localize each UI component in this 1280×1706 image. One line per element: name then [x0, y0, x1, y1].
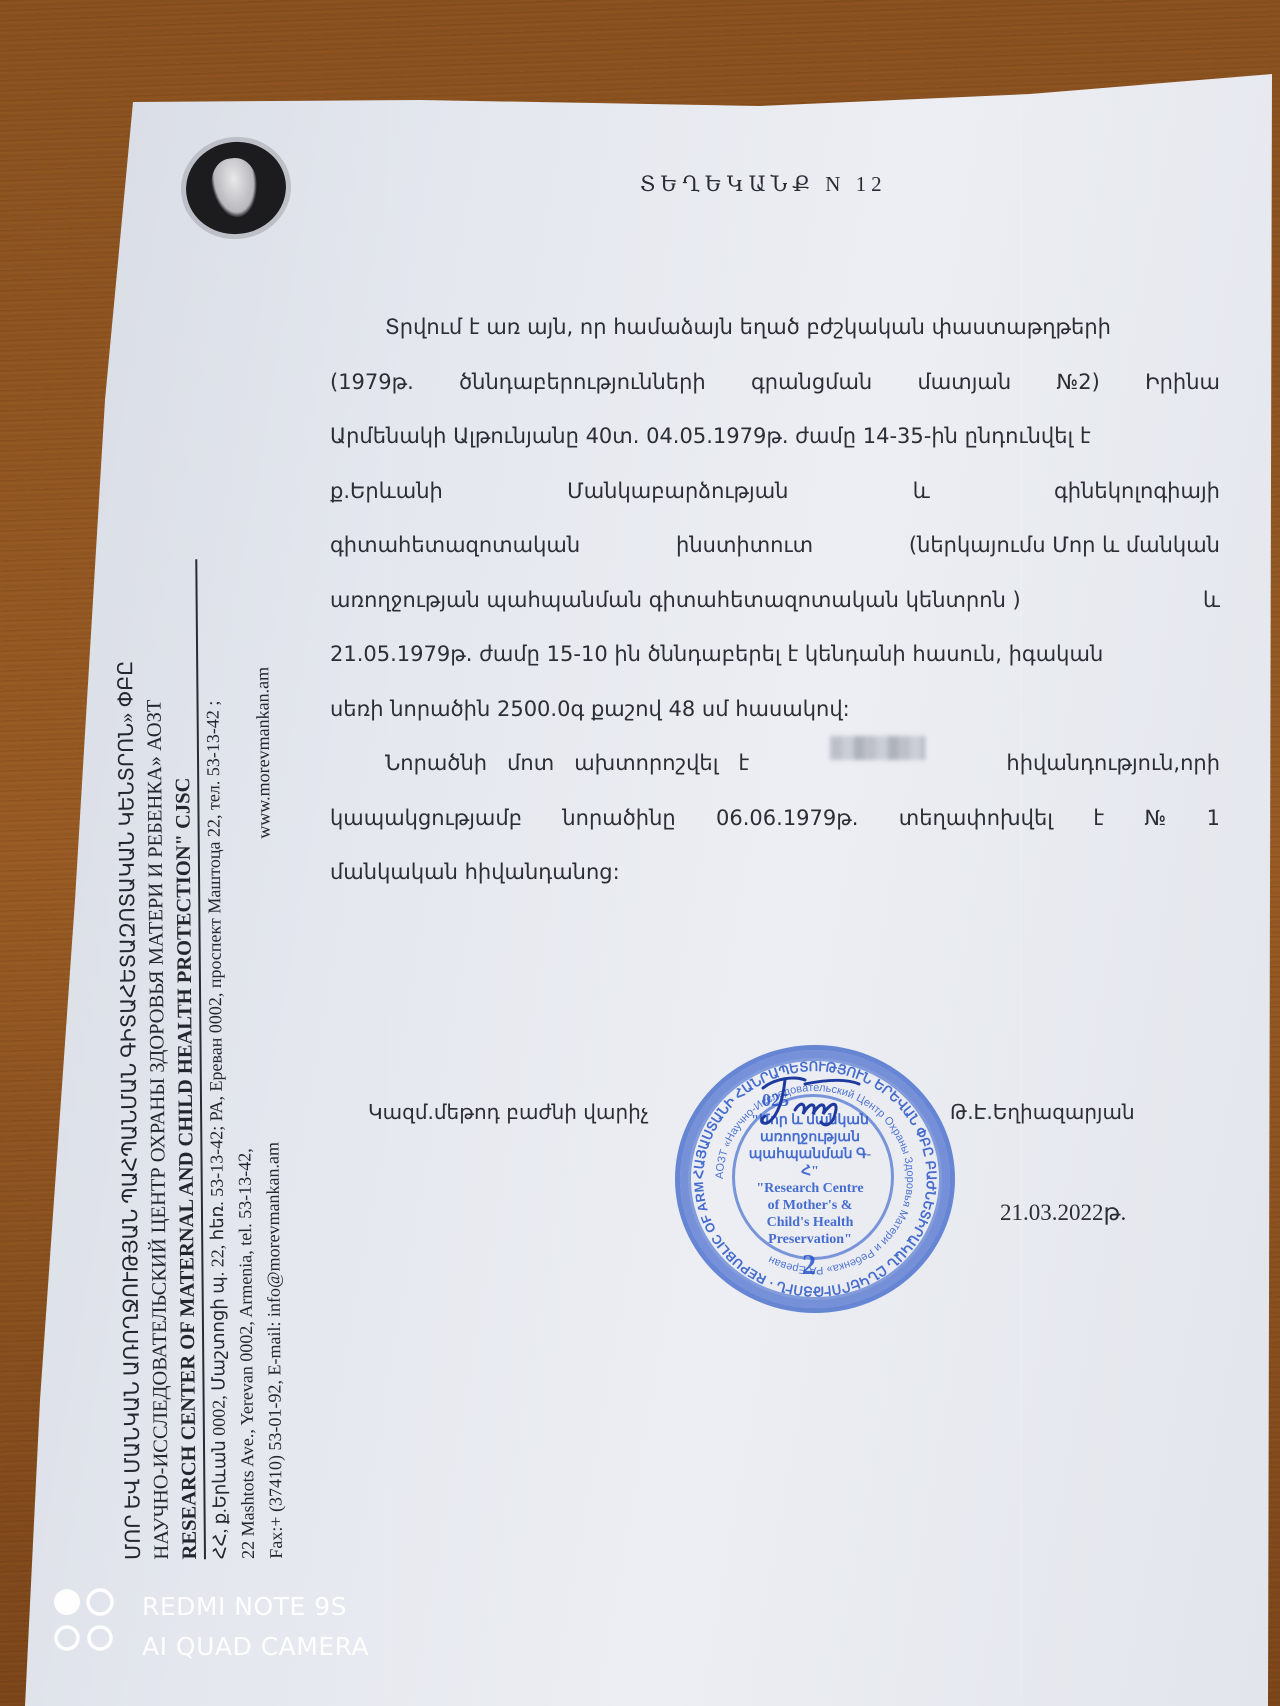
body-word: մանկական հիվանդանոց:	[330, 845, 620, 900]
body-word: կապակցությամբ	[330, 791, 522, 846]
stamp-number: 2	[802, 1250, 816, 1282]
quad-camera-icon	[52, 1585, 122, 1655]
body-word: է	[1093, 791, 1104, 846]
body-word: Իրինա	[1145, 355, 1220, 410]
stamp-center-line: of Mother's &	[740, 1197, 880, 1214]
body-line: Արմենակի Ալթունյանը 40տ. 04.05.1979թ. ժա…	[330, 409, 1220, 464]
body-word: տեղափոխվել	[899, 791, 1053, 846]
document-date: 21.03.2022թ.	[1000, 1200, 1126, 1226]
watermark-text: REDMI NOTE 9S AI QUAD CAMERA	[142, 1587, 369, 1667]
watermark-model: REDMI NOTE 9S	[142, 1587, 369, 1627]
vertical-letterhead: ՄՈՐ ԵՎ ՄԱՆԿԱՆ ԱՌՈՂՋՈՒԹՅԱՆ ՊԱՀՊԱՆՄԱՆ ԳԻՏԱ…	[111, 558, 320, 1560]
document-body: Տրվում է առ այն, որ համաձայն եղած բժշկակ…	[330, 300, 1220, 900]
body-word: №	[1144, 791, 1166, 846]
body-line-diagnosis: Նորածնի մոտ ախտորոշվել է հիվանդություն,ո…	[330, 736, 1220, 791]
body-word: և	[913, 464, 930, 519]
body-word: 21.05.1979թ. ժամը 15-10 ին ծննդաբերել է …	[330, 627, 1103, 682]
stamp-center-line: Preservation"	[740, 1231, 880, 1248]
body-word: նորածինը	[562, 791, 675, 846]
signatory-name: Թ.Է.Եղիազարյան	[950, 1100, 1135, 1124]
body-line: Տրվում է առ այն, որ համաձայն եղած բժշկակ…	[330, 300, 1220, 355]
watermark-camera: AI QUAD CAMERA	[142, 1627, 369, 1667]
body-word: ծննդաբերությունների	[459, 355, 706, 410]
stamp-center-line: առողջության	[740, 1129, 880, 1146]
body-line: ք.ԵրևանիՄանկաբարձությանևգինեկոլոգիայի	[330, 464, 1220, 519]
body-word: Մանկաբարձության	[567, 464, 788, 519]
body-word: 1	[1207, 791, 1220, 846]
body-line: 21.05.1979թ. ժամը 15-10 ին ծննդաբերել է …	[330, 627, 1220, 682]
stamp-center-text: "Մոր և մանկանառողջությանպահպանման Գ-Հ""R…	[740, 1112, 880, 1248]
redacted-diagnosis	[830, 736, 925, 760]
body-word: առողջության պահպանման գիտահետազոտական կե…	[330, 573, 1021, 628]
body-word: մատյան	[917, 355, 1011, 410]
body-word: սեռի նորածին 2500.0գ քաշով 48 սմ հասակով…	[330, 682, 850, 737]
body-word: գինեկոլոգիայի	[1054, 464, 1220, 519]
diagnosis-prefix: Նորածնի մոտ ախտորոշվել է	[385, 736, 749, 791]
body-word: ինստիտուտ	[676, 518, 813, 573]
body-line: կապակցությամբնորածինը06.06.1979թ.տեղափոխ…	[330, 791, 1220, 846]
body-word: 06.06.1979թ.	[716, 791, 858, 846]
body-line: գիտահետազոտականինստիտուտ(ներկայումս Մոր …	[330, 518, 1220, 573]
body-line: մանկական հիվանդանոց:	[330, 845, 1220, 900]
body-word: (1979թ.	[330, 355, 414, 410]
body-line: առողջության պահպանման գիտահետազոտական կե…	[330, 573, 1220, 628]
letterhead-website: www.morevmankan.am	[252, 667, 274, 839]
stamp-center-line: Child's Health	[740, 1214, 880, 1231]
body-line: սեռի նորածին 2500.0գ քաշով 48 սմ հասակով…	[330, 682, 1220, 737]
body-word: ք.Երևանի	[330, 464, 443, 519]
body-word: Տրվում է առ այն, որ համաձայն եղած բժշկակ…	[385, 300, 1111, 355]
body-word: գրանցման	[751, 355, 872, 410]
mother-child-sculpture-icon	[208, 155, 262, 221]
stamp-center-line: պահպանման Գ-Հ"	[740, 1146, 880, 1180]
body-word: Արմենակի Ալթունյանը 40տ. 04.05.1979թ. ժա…	[330, 409, 1091, 464]
signatory-position: Կազմ.մեթոդ բաժնի վարիչ	[368, 1100, 649, 1124]
body-word: №2)	[1056, 355, 1099, 410]
body-word: (ներկայումս Մոր և մանկան	[909, 518, 1220, 573]
handwritten-signature	[755, 1070, 865, 1130]
body-line: (1979թ.ծննդաբերություններիգրանցմանմատյան…	[330, 355, 1220, 410]
body-word: և	[1203, 573, 1220, 628]
document-title: ՏԵՂԵԿԱՆՔ N 12	[640, 172, 887, 197]
diagnosis-suffix: հիվանդություն,որի	[1006, 736, 1220, 791]
body-word: գիտահետազոտական	[330, 518, 580, 573]
stamp-center-line: "Research Centre	[740, 1180, 880, 1197]
